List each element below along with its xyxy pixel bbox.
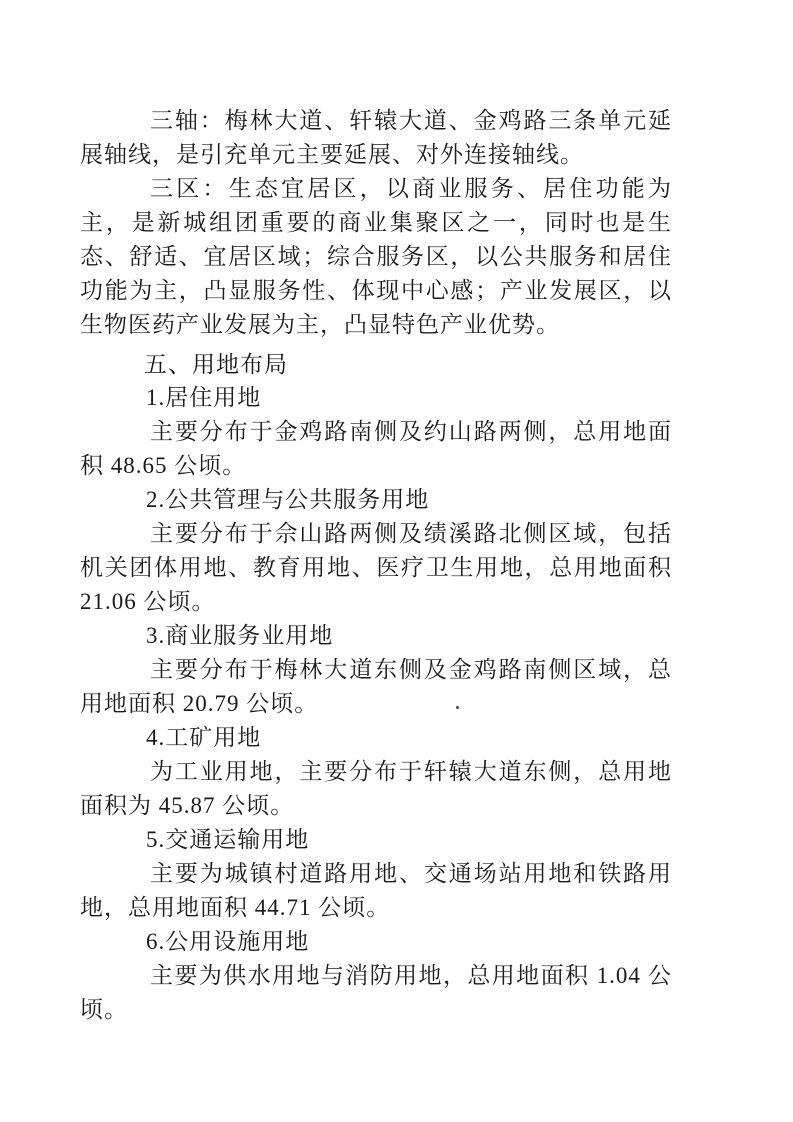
subheading-1-residential-land: 1.居住用地 [80, 381, 672, 415]
subheading-2-public-admin-service-land: 2.公共管理与公共服务用地 [80, 483, 672, 517]
paragraph-industrial-mining-detail: 为工业用地，主要分布于轩辕大道东侧，总用地面积为 45.87 公顷。 [80, 755, 672, 823]
paragraph-residential-land-detail: 主要分布于金鸡路南侧及约山路两侧，总用地面积 48.65 公顷。 [80, 415, 672, 483]
paragraph-transportation-detail: 主要为城镇村道路用地、交通场站用地和铁路用地，总用地面积 44.71 公顷。 [80, 857, 672, 925]
scan-artifact-dot [456, 706, 459, 709]
document-content: 三轴：梅林大道、轩辕大道、金鸡路三条单元延展轴线，是引充单元主要延展、对外连接轴… [80, 104, 672, 1027]
paragraph-public-admin-service-detail: 主要分布于佘山路两侧及绩溪路北侧区域，包括机关团体用地、教育用地、医疗卫生用地，… [80, 517, 672, 619]
subheading-3-commercial-service-land: 3.商业服务业用地 [80, 619, 672, 653]
document-page: 三轴：梅林大道、轩辕大道、金鸡路三条单元延展轴线，是引充单元主要延展、对外连接轴… [0, 0, 793, 1122]
paragraph-public-utility-detail: 主要为供水用地与消防用地，总用地面积 1.04 公顷。 [80, 959, 672, 1027]
subheading-4-industrial-mining-land: 4.工矿用地 [80, 721, 672, 755]
paragraph-three-axes: 三轴：梅林大道、轩辕大道、金鸡路三条单元延展轴线，是引充单元主要延展、对外连接轴… [80, 104, 672, 172]
heading-section-5-land-use-layout: 五、用地布局 [80, 347, 672, 381]
subheading-5-transportation-land: 5.交通运输用地 [80, 823, 672, 857]
paragraph-three-districts: 三区：生态宜居区，以商业服务、居住功能为主，是新城组团重要的商业集聚区之一，同时… [80, 172, 672, 342]
paragraph-commercial-service-detail: 主要分布于梅林大道东侧及金鸡路南侧区域，总用地面积 20.79 公顷。 [80, 653, 672, 721]
subheading-6-public-utility-land: 6.公用设施用地 [80, 925, 672, 959]
